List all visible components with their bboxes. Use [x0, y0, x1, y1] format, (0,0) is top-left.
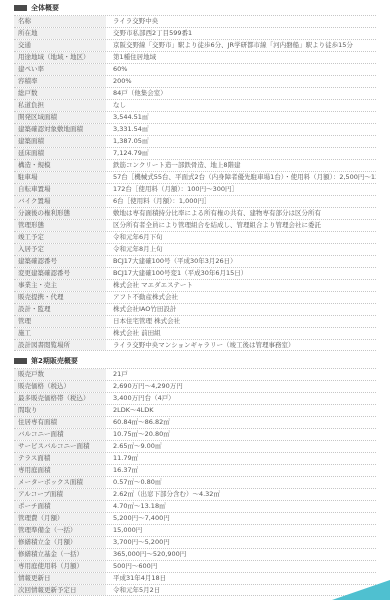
table-row: 用途地域（地域・地区）第1種住居地域 — [14, 51, 376, 63]
row-value: 15,000円 — [106, 525, 376, 536]
row-label: 管理形態 — [14, 220, 106, 231]
row-value: 日本住宅管理 株式会社 — [106, 316, 376, 327]
row-value: 交野市私部西2丁目599番1 — [106, 28, 376, 39]
row-value: 2.65㎡～9.00㎡ — [106, 441, 376, 452]
row-label: 建築確認番号 — [14, 256, 106, 267]
table-row: 専用庭面積16.37㎡ — [14, 464, 376, 476]
table-row: 住居専有面積60.84㎡～86.82㎡ — [14, 416, 376, 428]
row-value: 4.70㎡～13.18㎡ — [106, 501, 376, 512]
row-value: 株式会社 前田組 — [106, 328, 376, 339]
row-label: 管理費（月額） — [14, 513, 106, 524]
table-row: 修繕積立金（月額）3,700円～5,200円 — [14, 536, 376, 548]
row-label: 所在地 — [14, 28, 106, 39]
row-value: 60.84㎡～86.82㎡ — [106, 417, 376, 428]
row-label: 専用庭使用料（月額） — [14, 561, 106, 572]
table-row: 構造・規模鉄筋コンクリート造一部鉄骨造、地上8階建 — [14, 159, 376, 171]
table-row: 管理形態区分所有者全員により管理組合を結成し、管理組合より管理会社に委託 — [14, 219, 376, 231]
row-label: 修繕積立金（月額） — [14, 537, 106, 548]
row-value: 株式会社IAO竹田設計 — [106, 304, 376, 315]
row-label: 情報更新日 — [14, 573, 106, 584]
table-row: 事業主・売主株式会社 マエダエステート — [14, 279, 376, 291]
section-2: 第2期販売概要販売戸数21戸販売価格（税込）2,690万円～4,290万円最多販… — [14, 357, 376, 596]
table-row: テラス面積11.79㎡ — [14, 452, 376, 464]
table-row: 管理費（月額）5,200円～7,400円 — [14, 512, 376, 524]
row-label: 最多販売価格帯（税込） — [14, 393, 106, 404]
row-label: 容積率 — [14, 76, 106, 87]
row-label: 用途地域（地域・地区） — [14, 52, 106, 63]
table-row: 施工株式会社 前田組 — [14, 327, 376, 339]
table-row: 建ぺい率60% — [14, 63, 376, 75]
row-value: 0.57㎡～0.80㎡ — [106, 477, 376, 488]
row-value: BCJ17大建確100号変1（平成30年6月15日） — [106, 268, 376, 279]
row-label: 間取り — [14, 405, 106, 416]
row-label: 修繕積立基金（一括） — [14, 549, 106, 560]
row-label: 次回情報更新予定日 — [14, 585, 106, 595]
table-row: 管理日本住宅管理 株式会社 — [14, 315, 376, 327]
row-value: 10.75㎡～20.80㎡ — [106, 429, 376, 440]
row-label: 名称 — [14, 16, 106, 27]
row-label: ポーチ面積 — [14, 501, 106, 512]
table-row: 専用庭使用料（月額）500円～600円 — [14, 560, 376, 572]
row-label: 販売提携・代理 — [14, 292, 106, 303]
row-label: サービスバルコニー面積 — [14, 441, 106, 452]
row-value: 16.37㎡ — [106, 465, 376, 476]
row-value: 敷地は専有面積持分比率による所有権の共有、建物専有部分は区分所有 — [106, 208, 376, 219]
row-value: 200% — [106, 76, 376, 87]
row-value: ライラ交野中央 — [106, 16, 376, 27]
row-label: 自転車置場 — [14, 184, 106, 195]
table-row: 販売戸数21戸 — [14, 368, 376, 380]
row-label: 入居予定 — [14, 244, 106, 255]
row-label: テラス面積 — [14, 453, 106, 464]
section-title: 全体概要 — [14, 4, 376, 12]
table-row: メーターボックス面積0.57㎡～0.80㎡ — [14, 476, 376, 488]
row-value: 21戸 — [106, 369, 376, 380]
table-row: 販売提携・代理アフト不動産株式会社 — [14, 291, 376, 303]
corner-accent-shape — [332, 580, 390, 600]
table-row: 情報更新日平成31年4月18日 — [14, 572, 376, 584]
table-row: 自転車置場172台［使用料（月額）：100円～300円］ — [14, 183, 376, 195]
table-row: 入居予定令和元年8月上旬 — [14, 243, 376, 255]
table-row: 名称ライラ交野中央 — [14, 15, 376, 27]
row-value: 3,331.54㎡ — [106, 124, 376, 135]
table-row: 設計・監理株式会社IAO竹田設計 — [14, 303, 376, 315]
row-label: 管理 — [14, 316, 106, 327]
row-label: 総戸数 — [14, 88, 106, 99]
table-row: 建築確認対象敷地面積3,331.54㎡ — [14, 123, 376, 135]
row-label: 私道負担 — [14, 100, 106, 111]
row-value: 第1種住居地域 — [106, 52, 376, 63]
table-row: 延床面積7,124.79㎡ — [14, 147, 376, 159]
row-value: 84戸（他集会室） — [106, 88, 376, 99]
table-row: 交通京阪交野線「交野市」駅より徒歩6分、JR学研都市線「河内磐船」駅より徒歩15… — [14, 39, 376, 51]
row-label: 変更建築確認番号 — [14, 268, 106, 279]
row-value: ライラ交野中央マンションギャラリー（竣工後は管理事務室） — [106, 340, 376, 350]
sections-container: 全体概要名称ライラ交野中央所在地交野市私部西2丁目599番1交通京阪交野線「交野… — [14, 4, 376, 596]
row-value: 令和元年8月上旬 — [106, 244, 376, 255]
table-row: サービスバルコニー面積2.65㎡～9.00㎡ — [14, 440, 376, 452]
table-row: 所在地交野市私部西2丁目599番1 — [14, 27, 376, 39]
table-row: 総戸数84戸（他集会室） — [14, 87, 376, 99]
property-overview-page: 全体概要名称ライラ交野中央所在地交野市私部西2丁目599番1交通京阪交野線「交野… — [0, 0, 390, 596]
table-row: バイク置場6台［使用料（月額）：1,000円］ — [14, 195, 376, 207]
row-label: 駐車場 — [14, 172, 106, 183]
row-value: 2.62㎡（出窓下部分含む）～4.32㎡ — [106, 489, 376, 500]
row-label: 設計図書閲覧場所 — [14, 340, 106, 350]
row-label: 管理準備金（一括） — [14, 525, 106, 536]
row-value: 区分所有者全員により管理組合を結成し、管理組合より管理会社に委託 — [106, 220, 376, 231]
table-row: アルコーブ面積2.62㎡（出窓下部分含む）～4.32㎡ — [14, 488, 376, 500]
row-label: 設計・監理 — [14, 304, 106, 315]
table-row: ポーチ面積4.70㎡～13.18㎡ — [14, 500, 376, 512]
row-label: 延床面積 — [14, 148, 106, 159]
row-label: 分譲後の権利形態 — [14, 208, 106, 219]
row-label: 建築確認対象敷地面積 — [14, 124, 106, 135]
row-value: 500円～600円 — [106, 561, 376, 572]
row-label: 建ぺい率 — [14, 64, 106, 75]
section-title-label: 第2期販売概要 — [31, 357, 78, 365]
table-row: 最多販売価格帯（税込）3,400万円台（4戸） — [14, 392, 376, 404]
table-row: 変更建築確認番号BCJ17大建確100号変1（平成30年6月15日） — [14, 267, 376, 279]
table-row: 私道負担なし — [14, 99, 376, 111]
row-value: 京阪交野線「交野市」駅より徒歩6分、JR学研都市線「河内磐船」駅より徒歩15分 — [106, 40, 376, 51]
detail-table: 名称ライラ交野中央所在地交野市私部西2丁目599番1交通京阪交野線「交野市」駅よ… — [14, 15, 376, 351]
row-label: 建築面積 — [14, 136, 106, 147]
table-row: 間取り2LDK～4LDK — [14, 404, 376, 416]
table-row: 次回情報更新予定日令和元年5月2日 — [14, 584, 376, 596]
row-value: 2,690万円～4,290万円 — [106, 381, 376, 392]
row-value: アフト不動産株式会社 — [106, 292, 376, 303]
row-value: 7,124.79㎡ — [106, 148, 376, 159]
row-label: バイク置場 — [14, 196, 106, 207]
table-row: 開発区域面積3,544.51㎡ — [14, 111, 376, 123]
row-value: 1,387.05㎡ — [106, 136, 376, 147]
row-value: 11.79㎡ — [106, 453, 376, 464]
row-label: 構造・規模 — [14, 160, 106, 171]
table-row: 建築確認番号BCJ17大建確100号（平成30年3月26日） — [14, 255, 376, 267]
row-value: 3,544.51㎡ — [106, 112, 376, 123]
section-title-label: 全体概要 — [31, 4, 59, 12]
table-row: 分譲後の権利形態敷地は専有面積持分比率による所有権の共有、建物専有部分は区分所有 — [14, 207, 376, 219]
row-value: 2LDK～4LDK — [106, 405, 376, 416]
table-row: 管理準備金（一括）15,000円 — [14, 524, 376, 536]
section-bullet-icon — [14, 5, 27, 11]
table-row: 建築面積1,387.05㎡ — [14, 135, 376, 147]
table-row: バルコニー面積10.75㎡～20.80㎡ — [14, 428, 376, 440]
row-value: 365,000円～520,900円 — [106, 549, 376, 560]
row-value: 令和元年6月下旬 — [106, 232, 376, 243]
table-row: 修繕積立基金（一括）365,000円～520,900円 — [14, 548, 376, 560]
row-label: 住居専有面積 — [14, 417, 106, 428]
row-label: アルコーブ面積 — [14, 489, 106, 500]
row-label: 交通 — [14, 40, 106, 51]
section-title: 第2期販売概要 — [14, 357, 376, 365]
row-value: 株式会社 マエダエステート — [106, 280, 376, 291]
row-label: 専用庭面積 — [14, 465, 106, 476]
row-value: 鉄筋コンクリート造一部鉄骨造、地上8階建 — [106, 160, 376, 171]
row-label: 販売戸数 — [14, 369, 106, 380]
row-value: 6台［使用料（月額）：1,000円］ — [106, 196, 376, 207]
row-label: 竣工予定 — [14, 232, 106, 243]
detail-table: 販売戸数21戸販売価格（税込）2,690万円～4,290万円最多販売価格帯（税込… — [14, 368, 376, 596]
row-value: 60% — [106, 64, 376, 75]
row-label: 事業主・売主 — [14, 280, 106, 291]
row-label: バルコニー面積 — [14, 429, 106, 440]
section-1: 全体概要名称ライラ交野中央所在地交野市私部西2丁目599番1交通京阪交野線「交野… — [14, 4, 376, 351]
row-value: 3,700円～5,200円 — [106, 537, 376, 548]
row-value: BCJ17大建確100号（平成30年3月26日） — [106, 256, 376, 267]
table-row: 竣工予定令和元年6月下旬 — [14, 231, 376, 243]
table-row: 容積率200% — [14, 75, 376, 87]
table-row: 販売価格（税込）2,690万円～4,290万円 — [14, 380, 376, 392]
row-label: 開発区域面積 — [14, 112, 106, 123]
table-row: 駐車場57台［機械式55台、平面式2台（内身障者優先駐車場1台）・使用料（月額）… — [14, 171, 376, 183]
row-value: 3,400万円台（4戸） — [106, 393, 376, 404]
row-label: 施工 — [14, 328, 106, 339]
row-value: なし — [106, 100, 376, 111]
row-label: メーターボックス面積 — [14, 477, 106, 488]
table-row: 設計図書閲覧場所ライラ交野中央マンションギャラリー（竣工後は管理事務室） — [14, 339, 376, 351]
row-value: 5,200円～7,400円 — [106, 513, 376, 524]
row-value: 172台［使用料（月額）：100円～300円］ — [106, 184, 376, 195]
row-label: 販売価格（税込） — [14, 381, 106, 392]
section-bullet-icon — [14, 358, 27, 364]
row-value: 57台［機械式55台、平面式2台（内身障者優先駐車場1台）・使用料（月額）：2,… — [106, 172, 376, 183]
